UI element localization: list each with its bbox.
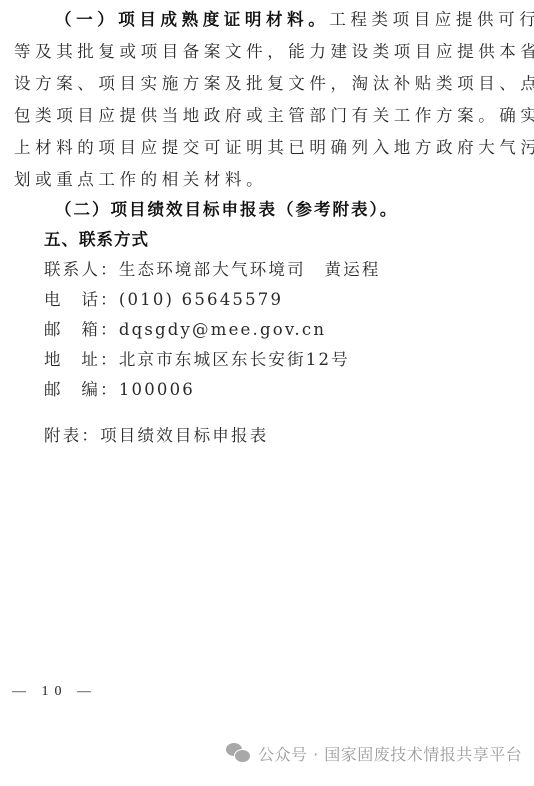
paragraph-line-1: （一）项目成熟度证明材料。工程类项目应提供可行性研究报告	[55, 10, 515, 30]
watermark-text: 公众号 · 国家固废技术情报共享平台	[258, 742, 522, 765]
paragraph-line-2: 等及其批复或项目备案文件，能力建设类项目应提供本省相关能力建	[14, 42, 474, 62]
contact-value: dqsgdy@mee.gov.cn	[119, 320, 326, 339]
contact-label: 联系人：	[44, 260, 119, 279]
contact-value: 生态环境部大气环境司 黄运程	[119, 260, 381, 279]
section-five-heading: 五、联系方式	[44, 230, 504, 250]
paragraph-line-6: 划或重点工作的相关材料。	[14, 170, 474, 190]
contact-person: 联系人：生态环境部大气环境司 黄运程	[44, 260, 504, 280]
section-two-heading: （二）项目绩效目标申报表（参考附表）。	[55, 200, 515, 220]
contact-label: 地 址：	[44, 350, 119, 369]
contact-label: 邮 箱：	[44, 320, 119, 339]
paragraph-text: 工程类项目应提供可行性研究报告	[329, 10, 534, 29]
document-page: （一）项目成熟度证明材料。工程类项目应提供可行性研究报告 等及其批复或项目备案文…	[0, 0, 534, 786]
contact-phone: 电 话：(010) 65645579	[44, 290, 504, 310]
contact-value: 100006	[119, 380, 195, 399]
paragraph-line-3: 设方案、项目实施方案及批复文件，淘汰补贴类项目、点多面广的打	[14, 74, 474, 94]
watermark: 公众号 · 国家固废技术情报共享平台	[226, 740, 522, 766]
contact-email: 邮 箱：dqsgdy@mee.gov.cn	[44, 320, 504, 340]
contact-label: 邮 编：	[44, 380, 119, 399]
section-one-heading: （一）项目成熟度证明材料。	[55, 10, 329, 29]
contact-postcode: 邮 编：100006	[44, 380, 504, 400]
paragraph-line-4: 包类项目应提供当地政府或主管部门有关工作方案。确实无法提供以	[14, 106, 474, 126]
contact-value: (010) 65645579	[119, 290, 283, 309]
contact-value: 北京市东城区东长安街12号	[119, 350, 350, 369]
paragraph-line-5: 上材料的项目应提交可证明其已明确列入地方政府大气污染治理计	[14, 138, 474, 158]
page-number: — 10 —	[12, 684, 97, 700]
wechat-icon	[226, 743, 252, 763]
contact-label: 电 话：	[44, 290, 119, 309]
attachment-note: 附表：项目绩效目标申报表	[44, 426, 504, 446]
contact-address: 地 址：北京市东城区东长安街12号	[44, 350, 504, 370]
